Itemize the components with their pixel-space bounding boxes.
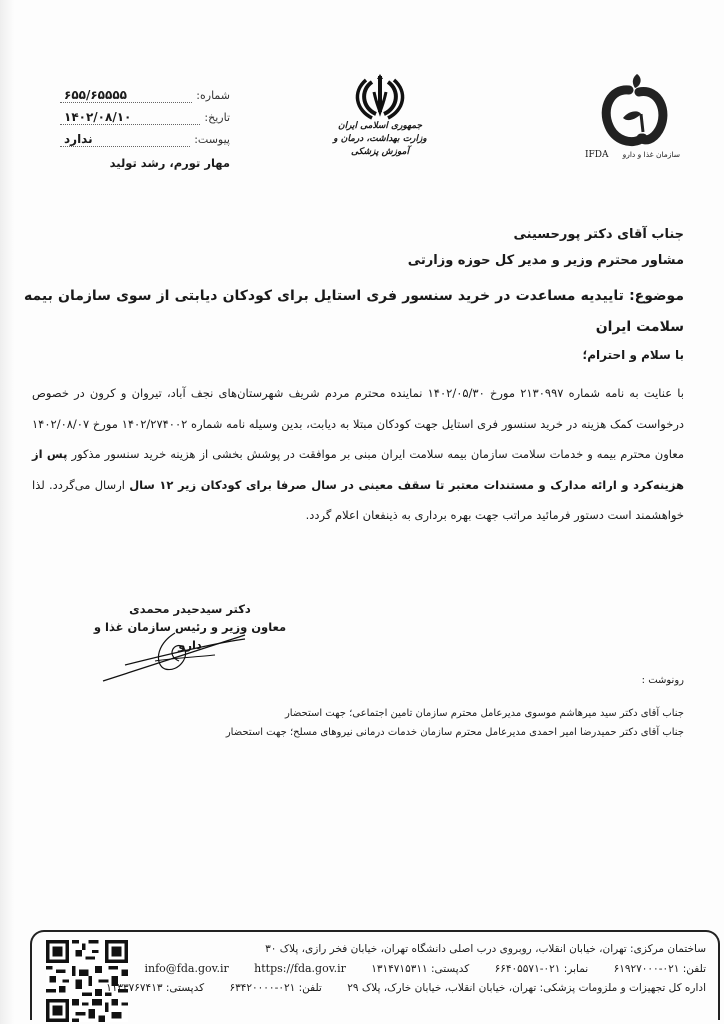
- postal-code: کدپستی: ۱۳۱۴۷۱۵۳۱۱: [371, 963, 469, 975]
- ifda-logo: IFDA سازمان غذا و دارو: [585, 68, 680, 168]
- cc-item: جناب آقای دکتر سید میرهاشم موسوی مدیرعام…: [24, 704, 684, 723]
- website-link[interactable]: https://fda.gov.ir: [254, 962, 346, 975]
- ifda-name: سازمان غذا و دارو: [623, 150, 680, 160]
- central-address: ساختمان مرکزی: تهران، خیابان انقلاب، روب…: [136, 940, 706, 959]
- greeting: با سلام و احترام؛: [582, 348, 684, 362]
- attachment-label: پیوست:: [194, 133, 230, 146]
- meta-date: تاریخ: ۱۴۰۲/۰۸/۱۰: [60, 110, 230, 132]
- devices-phone: تلفن: ۰۲۱-۶۳۴۲۰۰۰۰: [229, 982, 321, 994]
- body-part-1: با عنایت به نامه شماره ۲۱۳۰۹۹۷ مورخ ۱۴۰۲…: [32, 386, 684, 461]
- date-value: ۱۴۰۲/۰۸/۱۰: [60, 110, 200, 125]
- letter-body: با عنایت به نامه شماره ۲۱۳۰۹۹۷ مورخ ۱۴۰۲…: [32, 378, 684, 531]
- letter-page: شماره: ۶۵۵/۶۵۵۵۵ تاریخ: ۱۴۰۲/۰۸/۱۰ پیوست…: [0, 0, 724, 1024]
- meta-number: شماره: ۶۵۵/۶۵۵۵۵: [60, 88, 230, 110]
- addressee: جناب آقای دکتر پورحسینی مشاور محترم وزیر…: [44, 222, 684, 274]
- ifda-apple-icon: [585, 68, 680, 150]
- meta-attachment: پیوست: ندارد: [60, 132, 230, 154]
- date-label: تاریخ:: [204, 111, 230, 124]
- iran-emblem: جمهوری اسلامی ایران وزارت بهداشت، درمان …: [325, 72, 435, 159]
- cc-title: رونوشت :: [24, 675, 684, 686]
- emblem-icon: [354, 72, 406, 120]
- contact-row: تلفن: ۰۲۱-۶۱۹۲۷۰۰۰ نمابر: ۰۲۱-۶۶۴۰۵۵۷۱ ک…: [136, 959, 706, 979]
- number-value: ۶۵۵/۶۵۵۵۵: [60, 88, 192, 103]
- fax: نمابر: ۰۲۱-۶۶۴۰۵۵۷۱: [495, 963, 589, 975]
- ifda-abbr: IFDA: [585, 150, 609, 160]
- signatory-name: دکتر سیدحیدر محمدی: [85, 600, 295, 618]
- year-slogan: مهار تورم، رشد تولید: [60, 156, 230, 170]
- cc-section: رونوشت : جناب آقای دکتر سید میرهاشم موسو…: [24, 675, 684, 742]
- letter-subject: موضوع: تاییدیه مساعدت در خرید سنسور فری …: [24, 281, 684, 343]
- addressee-title: مشاور محترم وزیر و مدیر کل حوزه وزارتی: [44, 248, 684, 274]
- attachment-value: ندارد: [60, 132, 190, 147]
- phone: تلفن: ۰۲۱-۶۱۹۲۷۰۰۰: [614, 963, 706, 975]
- footer-contact: ساختمان مرکزی: تهران، خیابان انقلاب، روب…: [136, 940, 706, 998]
- letter-meta: شماره: ۶۵۵/۶۵۵۵۵ تاریخ: ۱۴۰۲/۰۸/۱۰ پیوست…: [60, 88, 230, 170]
- cc-item: جناب آقای دکتر حمیدرضا امیر احمدی مدیرعا…: [24, 723, 684, 742]
- scan-edge: [0, 0, 14, 1024]
- ifda-caption: IFDA سازمان غذا و دارو: [585, 150, 680, 160]
- devices-row: اداره کل تجهیزات و ملزومات پزشکی: تهران،…: [136, 979, 706, 998]
- email-link[interactable]: info@fda.gov.ir: [144, 962, 228, 975]
- emblem-country: جمهوری اسلامی ایران: [325, 120, 435, 133]
- devices-address: اداره کل تجهیزات و ملزومات پزشکی: تهران،…: [347, 982, 706, 994]
- emblem-ministry: وزارت بهداشت، درمان و آموزش پزشکی: [325, 133, 435, 159]
- devices-postal: کدپستی: ۱۱۳۳۷۶۷۴۱۳: [106, 982, 204, 994]
- number-label: شماره:: [196, 89, 230, 102]
- addressee-name: جناب آقای دکتر پورحسینی: [44, 222, 684, 248]
- letterhead-footer: ساختمان مرکزی: تهران، خیابان انقلاب، روب…: [30, 930, 720, 1020]
